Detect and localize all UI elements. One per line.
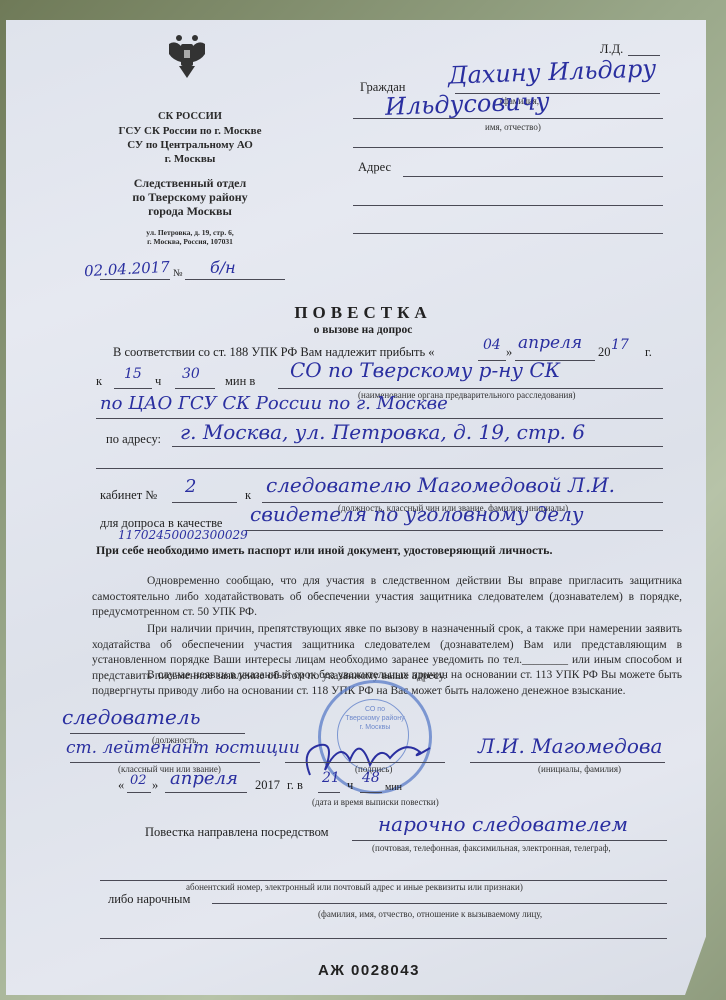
- document-subtitle: о вызове на допрос: [0, 324, 726, 336]
- name-hint: имя, отчество): [485, 122, 541, 132]
- hour-label: ч: [155, 374, 161, 389]
- courier-underline: [212, 903, 667, 904]
- address-line: г. Москва, Россия, 107031: [115, 237, 265, 246]
- case-number: 11702450002300029: [118, 528, 248, 542]
- rank-underline: [70, 762, 260, 763]
- issue-hour: 21: [322, 770, 340, 786]
- stamp-line: Тверскому району: [321, 714, 429, 723]
- body-line-1: СО по Тверскому р-ну СК: [290, 358, 560, 382]
- issue-year: 2017: [255, 778, 280, 793]
- delivery-hint-3: (фамилия, имя, отчество, отношение к выз…: [318, 909, 542, 919]
- appear-month: апреля: [518, 333, 582, 353]
- issue-day-underline: [127, 792, 151, 793]
- delivery-line-2: [100, 880, 667, 881]
- name-handwritten: Ильдусовичу: [385, 87, 550, 121]
- dept-line: по Тверскому району: [115, 190, 265, 204]
- address-underline-3: [353, 233, 663, 234]
- serial-number: АЖ 0028043: [318, 962, 420, 979]
- org-line: СК РОССИИ: [115, 110, 265, 124]
- address-label: Адрес: [358, 160, 391, 175]
- issue-month-underline: [165, 792, 247, 793]
- org-line: г. Москвы: [115, 152, 265, 166]
- summons-address: г. Москва, ул. Петровка, д. 19, стр. 6: [180, 420, 585, 444]
- signer-name: Л.И. Магомедова: [478, 734, 662, 758]
- appear-year: 17: [611, 337, 629, 353]
- body-line-2: по ЦАО ГСУ СК России по г. Москве: [100, 393, 448, 414]
- year-prefix: 20: [598, 345, 611, 360]
- issue-quote-open: «: [118, 778, 124, 793]
- signer-rank: ст. лейтенант юстиции: [66, 738, 300, 758]
- delivery-underline: [352, 840, 667, 841]
- summons-address-label: по адресу:: [106, 432, 161, 447]
- address-underline-2: [353, 205, 663, 206]
- appear-minute: 30: [182, 366, 200, 382]
- number-handwritten: б/н: [210, 258, 236, 277]
- delivery-hint-2: абонентский номер, электронный или почто…: [186, 882, 523, 892]
- document-title: ПОВЕСТКА: [0, 303, 726, 323]
- official-name: следователю Магомедовой Л.И.: [266, 473, 615, 497]
- extra-line: [353, 147, 663, 148]
- delivery-method: нарочно следователем: [378, 812, 628, 836]
- body-underline-1: [278, 388, 663, 389]
- stamp-text: СО по Тверскому району г. Москвы: [321, 705, 429, 732]
- k-label: к: [96, 374, 102, 389]
- signer-position: следователь: [62, 705, 200, 729]
- delivery-label: Повестка направлена посредством: [145, 825, 329, 840]
- delivery-hint-1: (почтовая, телефонная, факсимильная, эле…: [372, 843, 611, 853]
- issue-year-unit: г. в: [287, 778, 303, 793]
- position-underline: [70, 733, 245, 734]
- coat-of-arms-icon: [165, 32, 209, 80]
- id-notice: При себе необходимо иметь паспорт или ин…: [96, 543, 553, 558]
- body-underline-2: [96, 418, 663, 419]
- office-number: 2: [185, 476, 196, 497]
- capacity: свидетеля по уголовному делу: [250, 502, 583, 526]
- issue-quote-close: »: [152, 778, 158, 793]
- dept-line: города Москвы: [115, 204, 265, 218]
- address-underline-1: [403, 176, 663, 177]
- minute-underline: [175, 388, 215, 389]
- issue-minute: 48: [362, 770, 380, 786]
- name-hint-sig: (инициалы, фамилия): [538, 764, 621, 774]
- number-label: №: [173, 268, 183, 279]
- to-label: к: [245, 488, 251, 503]
- appear-hour: 15: [124, 366, 142, 382]
- stamp-line: СО по: [321, 705, 429, 714]
- dept-line: Следственный отдел: [115, 176, 265, 190]
- org-line: ГСУ СК России по г. Москве: [115, 124, 265, 138]
- name-underline-sig: [470, 762, 665, 763]
- issue-hour-underline: [318, 792, 340, 793]
- year-unit: г.: [645, 345, 652, 360]
- issue-minute-underline: [360, 792, 382, 793]
- office-label: кабинет №: [100, 488, 157, 503]
- delivery-line-4: [100, 938, 667, 939]
- number-underline: [185, 279, 285, 280]
- capacity-underline: [245, 530, 663, 531]
- summons-address-underline: [172, 446, 663, 447]
- date-underline: [100, 279, 170, 280]
- issue-month: апреля: [170, 768, 238, 789]
- issuer-header: СК РОССИИ ГСУ СК России по г. Москве СУ …: [115, 110, 265, 246]
- hour-underline: [114, 388, 152, 389]
- issue-minute-label: мин: [385, 782, 402, 793]
- paragraph-text: Одновременно сообщаю, что для участия в …: [92, 575, 682, 618]
- blank-line: [96, 468, 663, 469]
- issue-hour-label: ч: [347, 778, 353, 793]
- org-line: СУ по Центральному АО: [115, 138, 265, 152]
- issue-hint: (дата и время выписки повестки): [312, 797, 439, 807]
- minute-label: мин в: [225, 374, 255, 389]
- issue-day: 02: [130, 773, 147, 788]
- address-line: ул. Петровка, д. 19, стр. 6,: [115, 228, 265, 237]
- signature-underline: [285, 762, 445, 763]
- appear-day: 04: [483, 337, 501, 353]
- paragraph-defender: Одновременно сообщаю, что для участия в …: [92, 574, 682, 621]
- courier-label: либо нарочным: [108, 892, 190, 907]
- office-underline: [172, 502, 237, 503]
